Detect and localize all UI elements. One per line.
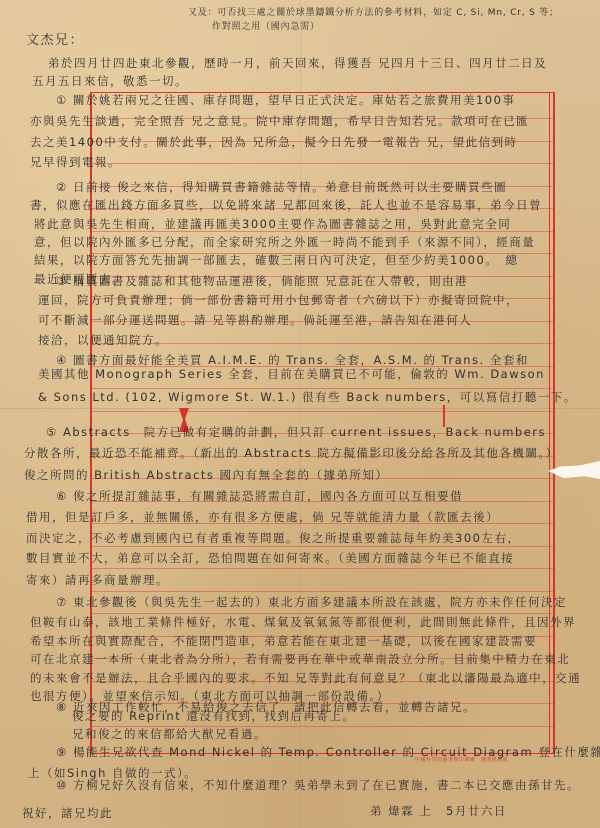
postscript-line: 又及：可否找三處之關於球墨鑄鐵分析方法的參考材料，如定 C, Si, Mn, C…: [188, 6, 559, 20]
item-6-line: 借用，但是訂戶多，並無關係，亦有很多方便處，倘 兄等就能清力量（款匯去後）: [26, 510, 499, 524]
item-2-line: 意，但以院內外匯多已分配，而全家研究所之外匯一時尚不能到手（來源不同），經商量: [34, 235, 535, 249]
red-ink-mark: [443, 405, 445, 427]
intro-line: 弟於四月廿四赴東北參觀，歷時一月，前天回來，得獲吾 兄四月十三日、四月廿二日及: [48, 56, 547, 70]
item-6-line: 寄來）請再多商量辦理。: [26, 573, 169, 587]
item-number: ④: [56, 353, 68, 367]
ruled-line: [92, 411, 553, 412]
date: 5月廿六日: [446, 804, 507, 818]
item-number: ②: [56, 180, 68, 194]
signature: 弟 煒霖 上: [370, 804, 432, 818]
ruled-line: [92, 613, 553, 614]
ruled-line: [92, 591, 553, 592]
item-number: ①: [56, 93, 68, 107]
item-1-line: ① 關於姚若兩兄之往國、庫存問題，望早日正式決定。庫姑若之旅費用美100事: [56, 93, 515, 107]
postscript-line: 作對照之用（國內急需）: [212, 20, 320, 34]
paper-tear: [548, 461, 600, 479]
item-7-line: ⑦ 東北參觀後（與吳先生一起去的）東北方面多建議本所設在該處，院方亦未作任何決定: [56, 595, 567, 609]
item-4-line: & Sons Ltd. (102, Wigmore St. W.1.) 很有些 …: [38, 390, 577, 404]
item-5-line: ⑤ Abstracts 院方已做有定購的計劃，但只訂 current issue…: [46, 425, 546, 439]
item-5-line: 分散各所，最近恐不能補齊。（新出的 Abstracts 院方擬備影印後分給各所及…: [24, 446, 559, 460]
ruled-line: [92, 231, 553, 232]
item-3-line: ③ 購買圖書及雜誌和其他物品運港後，倘能照 兄意託在人帶較，則由港: [56, 274, 468, 288]
salutation: 文杰兄：: [26, 34, 84, 48]
item-7-line: 但鞍有山泰，該地工業條件極好，水電、煤氣及氧氣氮等都很便利，此間則無此條件，且因…: [30, 615, 576, 629]
item-4-line: ④ 圖書方面最好能全美買 A.I.M.E. 的 Trans. 全套，A.S.M.…: [56, 353, 529, 367]
letter-paper: 中國科學院圖書館印刷廠 圖書紙稿紙 又及：可否找三處之關於球墨鑄鐵分析方法的參考…: [0, 0, 600, 828]
item-number: ⑨: [56, 745, 68, 759]
item-2-line: ② 日前接 俊之來信，得知購買書籍雜誌等情。弟意目前既然可以主要購買些圖: [56, 180, 507, 194]
item-text: Abstracts 院方已做有定購的計劃，但只訂 current issues，…: [63, 425, 546, 439]
item-number: ⑧: [56, 700, 68, 714]
item-number: ⑤: [46, 425, 58, 439]
item-8-line: 兄和俊之的來信都給大猷兄看過。: [72, 727, 267, 741]
ruled-line: [92, 388, 553, 389]
item-2-line: 將此意與吳先生相商，並建議再匯美3000主要作為圖書雜誌之用，吳對此意完全同: [34, 217, 511, 231]
item-text: 楊能生兄欲代查 Mond Nickel 的 Temp. Controller 的…: [73, 745, 600, 759]
item-7-line: 可在北京建一本所（東北者為分所），若有需要再在華中或華南設立分所。目前集中精力在…: [30, 652, 570, 666]
item-1-line: 亦與吳先生談過，完全照吾 兄之意見。院中庫存問題，希早日告知若兄。款項可在已匯: [30, 114, 529, 128]
item-3-line: 運回，院方可負責辦理；倘一部份書籍可用小包郵寄者（六磅以下）亦擬寄回院中，: [38, 293, 519, 307]
item-6-line: ⑥ 俊之所提訂雜誌事，有關雜誌恐將需自訂，國內各方面可以互相要借: [56, 489, 463, 503]
closing: 祝好，諸兄均此: [22, 806, 113, 820]
item-3-line: 接洽，以便通知院方。: [38, 333, 168, 347]
item-4-line: 美國其他 Monograph Series 全套，目前在美購買已不可能，倫敦的 …: [38, 367, 545, 381]
item-number: ③: [56, 274, 68, 288]
item-text: 俊之所提訂雜誌事，有關雜誌恐將需自訂，國內各方面可以互相要借: [73, 489, 463, 503]
item-8-line: 俊之要的 Reprint 還沒有找到，找到后再寄上。: [72, 709, 355, 723]
item-9-line: ⑨ 楊能生兄欲代查 Mond Nickel 的 Temp. Controller…: [56, 745, 600, 759]
item-text: 購買圖書及雜誌和其他物品運港後，倘能照 兄意託在人帶較，則由港: [73, 274, 468, 288]
item-text: 關於姚若兩兄之往國、庫存問題，望早日正式決定。庫姑若之旅費用美100事: [73, 93, 515, 107]
item-7-line: 希望本所在與實際配合，不能閉門造車，弟意若能在東北建一基礎，以後在國家建設需要: [30, 634, 537, 648]
item-number: ⑩: [56, 778, 68, 792]
item-1-line: 兄早得到電報。: [30, 155, 121, 169]
item-3-line: 可不斷減一部分運送問題。請 兄等斟酌辦理。倘託運至港，請告知在港何人: [38, 313, 472, 327]
item-2-line: 結果，以院方面答允先抽調一部匯去，確數三兩日內可決定，但至少約美1000。 總: [34, 253, 519, 267]
item-text: 日前接 俊之來信，得知購買書籍雜誌等情。弟意目前既然可以主要購買些圖: [73, 180, 507, 194]
item-6-line: 數目實並不大，弟意可以全訂，恐怕問題在如何寄來。（美國方面雜誌今年已不能直接: [26, 551, 514, 565]
item-text: 東北參觀後（與吳先生一起去的）東北方面多建議本所設在該處，院方亦未作任何決定: [73, 595, 567, 609]
item-text: 方桐兄好久沒有信來，不知什麼道理？吳弟學未到了在已實施，書二本已交應由孫甘先。: [73, 778, 580, 792]
ruled-line: [92, 546, 553, 547]
item-number: ⑦: [56, 595, 68, 609]
item-6-line: 而決定之，不必考慮到國內已有者重複等問題。俊之所提重要雜誌每年約美300左右，: [26, 531, 520, 545]
ruled-line: [92, 568, 553, 569]
intro-line: 五月五日來信，敬悉一切。: [32, 74, 188, 88]
item-2-line: 書，似應在匯出錢方面多買些，以免將來諸 兄都回來後，託人也並不是容易事，弟今日曾: [30, 198, 542, 212]
item-10-line: ⑩ 方桐兄好久沒有信來，不知什麼道理？吳弟學未到了在已實施，書二本已交應由孫甘先…: [56, 778, 580, 792]
item-number: ⑥: [56, 489, 68, 503]
ruled-line: [92, 163, 553, 164]
item-text: 圖書方面最好能全美買 A.I.M.E. 的 Trans. 全套，A.S.M. 的…: [73, 353, 529, 367]
item-7-line: 的未來會不是辦法，且合乎國內的要求。不知 兄等對此有何意見？（東北以瀋陽最為適中…: [30, 671, 581, 685]
item-1-line: 去之美1400中支付。關於此事，因為 兄所急，擬今日先發一電報告 兄，望此信到時: [30, 135, 518, 149]
item-5-line: 俊之所問的 British Abstracts 國內有無全套的（據弟所知）: [24, 468, 389, 482]
